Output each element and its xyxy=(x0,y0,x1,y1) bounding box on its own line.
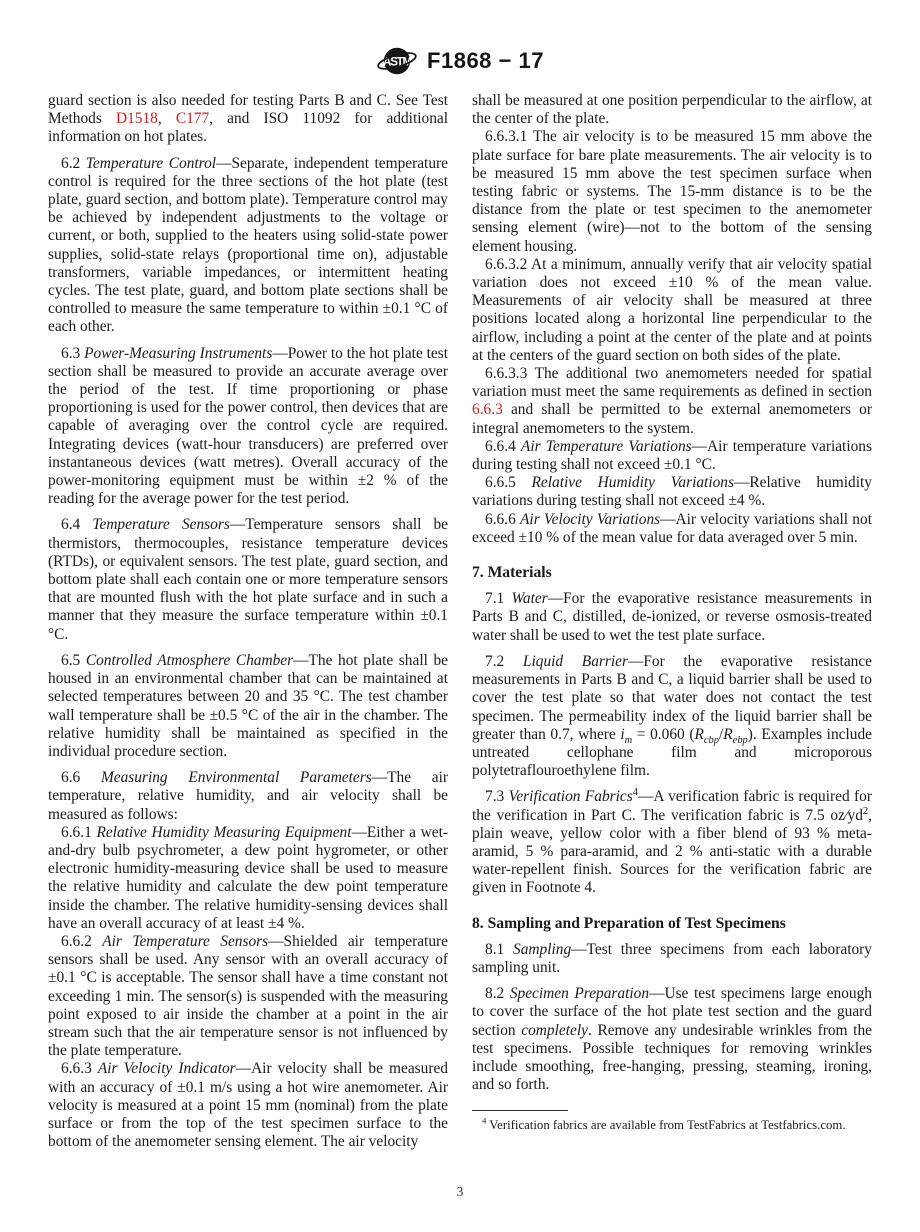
astm-logo-icon: ASTM xyxy=(376,40,418,82)
body-text: and shall be permitted to be external an… xyxy=(472,401,872,436)
paragraph: 6.5 Controlled Atmosphere Chamber—The ho… xyxy=(48,652,448,761)
paragraph: 6.3 Power-Measuring Instruments—Power to… xyxy=(48,345,448,509)
paragraph: 6.6.6 Air Velocity Variations—Air veloci… xyxy=(472,511,872,547)
italic-text: Water xyxy=(512,590,548,607)
body-text: 6.6.3.1 The air velocity is to be measur… xyxy=(472,128,872,254)
paragraph: guard section is also needed for testing… xyxy=(48,92,448,147)
italic-text: R xyxy=(694,726,703,743)
body-text: —Separate, independent temperature contr… xyxy=(48,155,448,336)
body-text: —Power to the hot plate test section sha… xyxy=(48,345,448,508)
paragraph: 7.1 Water—For the evaporative resistance… xyxy=(472,590,872,645)
italic-text: Sampling xyxy=(513,941,571,958)
paragraph: 6.6.5 Relative Humidity Variations—Relat… xyxy=(472,474,872,510)
italic-text: Air Temperature Variations xyxy=(521,438,692,455)
body-text: 7.2 xyxy=(485,653,523,670)
footnote-rule xyxy=(472,1110,568,1111)
body-text: , xyxy=(158,110,176,127)
footnote-text: 4 Verification fabrics are available fro… xyxy=(472,1118,872,1134)
body-text: 6.2 xyxy=(61,155,86,172)
italic-text: Liquid Barrier xyxy=(523,653,628,670)
paragraph: 6.6.3 Air Velocity Indicator—Air velocit… xyxy=(48,1060,448,1151)
paragraph: 6.6.3.1 The air velocity is to be measur… xyxy=(472,128,872,255)
paragraph: 6.6.3.2 At a minimum, annually verify th… xyxy=(472,256,872,365)
body-text: 6.6.1 xyxy=(61,824,96,841)
italic-text: Relative Humidity Variations xyxy=(532,474,734,491)
body-text: 6.6.4 xyxy=(485,438,521,455)
body-text: 7.1 xyxy=(485,590,512,607)
paragraph: 6.2 Temperature Control—Separate, indepe… xyxy=(48,155,448,337)
body-text: 6.6.6 xyxy=(485,511,520,528)
italic-text: Air Velocity Indicator xyxy=(98,1060,236,1077)
italic-text: R xyxy=(723,726,732,743)
left-column: guard section is also needed for testing… xyxy=(48,92,448,1151)
italic-text: completely xyxy=(521,1022,588,1039)
body-text: 6.5 xyxy=(61,652,86,669)
italic-text: Power-Measuring Instruments xyxy=(84,345,272,362)
paragraph: 6.6.4 Air Temperature Variations—Air tem… xyxy=(472,438,872,474)
page-header: ASTM F1868 − 17 xyxy=(0,40,920,82)
italic-text: Specimen Preparation xyxy=(510,985,649,1002)
paragraph: 8.1 Sampling—Test three specimens from e… xyxy=(472,941,872,977)
body-text: = 0.060 ( xyxy=(632,726,694,743)
body-text: Verification fabrics are available from … xyxy=(486,1118,845,1132)
body-text: 6.4 xyxy=(61,516,92,533)
italic-text: Relative Humidity Measuring Equipment xyxy=(96,824,351,841)
italic-text: Measuring Environmental Parameters xyxy=(101,769,372,786)
paragraph: 8.2 Specimen Preparation—Use test specim… xyxy=(472,985,872,1094)
paragraph: 6.4 Temperature Sensors—Temperature sens… xyxy=(48,516,448,643)
body-text: —Temperature sensors shall be thermistor… xyxy=(48,516,448,642)
standard-designation: F1868 − 17 xyxy=(427,48,544,74)
italic-text: Air Temperature Sensors xyxy=(102,933,268,950)
paragraph: 6.6.3.3 The additional two anemometers n… xyxy=(472,365,872,438)
reference-link[interactable]: D1518 xyxy=(116,110,158,127)
right-column: shall be measured at one position perpen… xyxy=(472,92,872,1134)
body-text: 7.3 xyxy=(485,788,509,805)
body-text: 8.1 xyxy=(485,941,513,958)
italic-text: Temperature Control xyxy=(86,155,216,172)
italic-text: Controlled Atmosphere Chamber xyxy=(86,652,293,669)
reference-link[interactable]: 6.6.3 xyxy=(472,401,503,418)
section-heading: 8. Sampling and Preparation of Test Spec… xyxy=(472,915,872,933)
section-heading: 7. Materials xyxy=(472,564,872,582)
italic-text: Verification Fabrics xyxy=(509,788,633,805)
paragraph: 6.6 Measuring Environmental Parameters—T… xyxy=(48,769,448,824)
body-text: 6.6.2 xyxy=(61,933,102,950)
paragraph: 7.3 Verification Fabrics4—A verification… xyxy=(472,788,872,897)
paragraph: 6.6.1 Relative Humidity Measuring Equipm… xyxy=(48,824,448,933)
body-text: 8.2 xyxy=(485,985,510,1002)
body-text: 6.6 xyxy=(61,769,101,786)
footnote: 4 Verification fabrics are available fro… xyxy=(472,1110,872,1134)
reference-link[interactable]: C177 xyxy=(176,110,209,127)
body-text: 6.3 xyxy=(61,345,84,362)
body-text: 6.6.3.2 At a minimum, annually verify th… xyxy=(472,256,872,364)
body-text: 6.6.3 xyxy=(61,1060,98,1077)
page-number: 3 xyxy=(0,1184,920,1200)
body-text: 6.6.5 xyxy=(485,474,532,491)
italic-text: Temperature Sensors xyxy=(92,516,230,533)
paragraph: 6.6.2 Air Temperature Sensors—Shielded a… xyxy=(48,933,448,1060)
paragraph: shall be measured at one position perpen… xyxy=(472,92,872,128)
paragraph: 7.2 Liquid Barrier—For the evaporative r… xyxy=(472,653,872,780)
body-text: shall be measured at one position perpen… xyxy=(472,92,872,127)
body-text: 6.6.3.3 The additional two anemometers n… xyxy=(472,365,872,400)
body-text: —Shielded air temperature sensors shall … xyxy=(48,933,448,1059)
italic-text: Air Velocity Variations xyxy=(520,511,660,528)
